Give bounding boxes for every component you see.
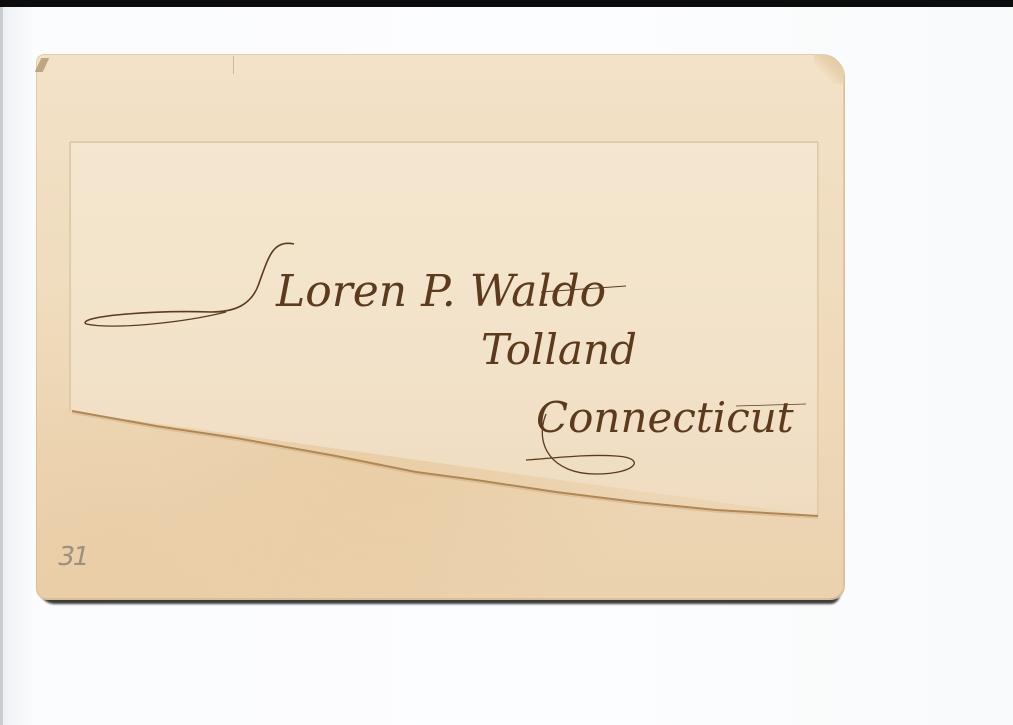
card-crease — [233, 56, 234, 74]
card-corner-wear — [35, 58, 50, 72]
inscription-panel — [70, 142, 818, 516]
autograph-card: Loren P. Waldo Tolland Connecticut 31 — [36, 54, 844, 599]
pencil-annotation: 31 — [55, 542, 90, 572]
scanner-top-edge — [0, 0, 1013, 7]
scanner-left-edge — [0, 7, 3, 725]
